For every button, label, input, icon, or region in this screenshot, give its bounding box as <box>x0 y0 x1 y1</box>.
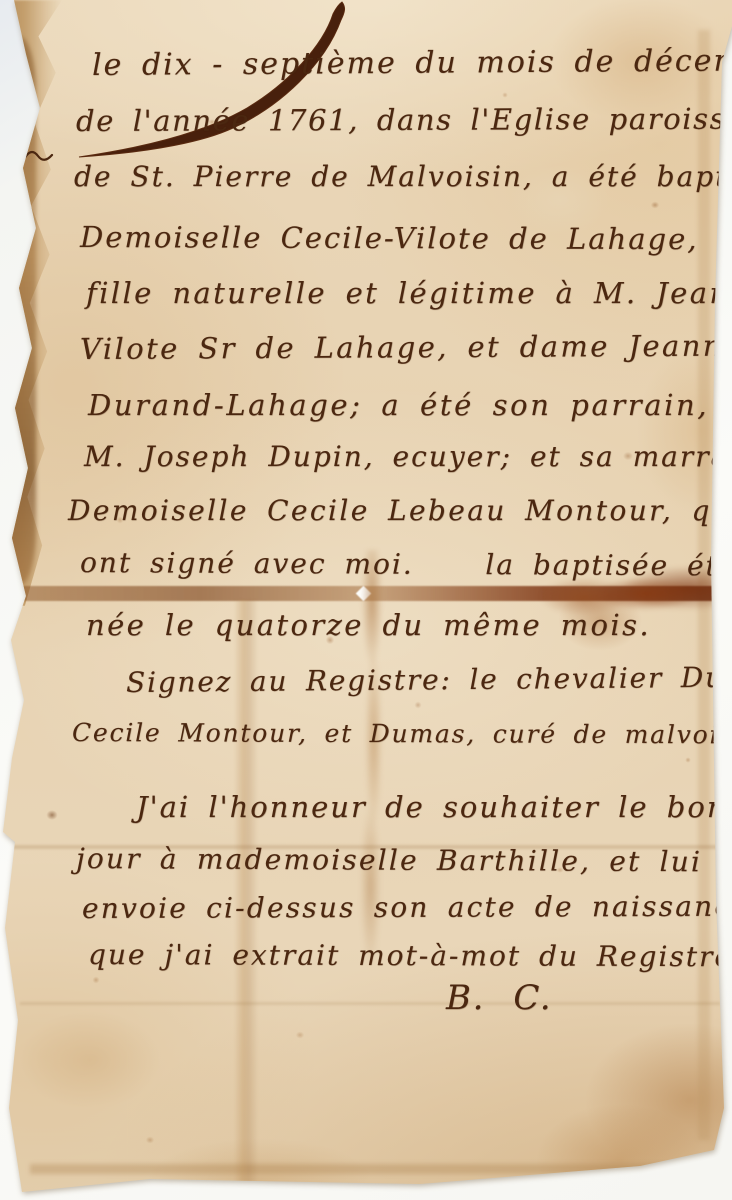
manuscript-line: Signez au Registre: le chevalier Dupin; <box>126 660 732 699</box>
signature: B. C. <box>446 978 552 1018</box>
manuscript-line: que j'ai extrait mot-à-mot du Registre. <box>88 938 732 973</box>
divider-squiggle-icon <box>0 147 54 165</box>
manuscript-line: envoie ci-dessus son acte de naissance <box>82 890 732 925</box>
manuscript-line: née le quatorze du même mois. <box>86 608 651 642</box>
manuscript-line: de St. Pierre de Malvoisin, a été baptis… <box>74 160 732 193</box>
manuscript-line: Cecile Montour, et Dumas, curé de malvoi… <box>72 718 732 749</box>
manuscript-line: Demoiselle Cecile-Vilote de Lahage, — <box>80 220 732 256</box>
manuscript-line: Durand-Lahage; a été son parrain, <box>88 388 709 422</box>
manuscript-line: Vilote Sr de Lahage, et dame Jeanne <box>80 329 732 366</box>
manuscript-text: le dix - septième du mois de décembre de… <box>0 0 732 1200</box>
manuscript-line: ont signé avec moi. la baptisée était <box>80 546 732 583</box>
manuscript-line: Demoiselle Cecile Lebeau Montour, qui <box>68 494 732 527</box>
manuscript-line: fille naturelle et légitime à M. Jean- <box>86 276 732 310</box>
manuscript-line: M. Joseph Dupin, ecuyer; et sa marraine, <box>84 440 732 473</box>
paper-sheet: le dix - septième du mois de décembre de… <box>0 0 732 1200</box>
manuscript-line: jour à mademoiselle Barthille, et lui <box>76 842 702 878</box>
scanned-document: le dix - septième du mois de décembre de… <box>0 0 732 1200</box>
edge-ink-mark <box>0 402 8 432</box>
manuscript-line: de l'année 1761, dans l'Eglise paroissia… <box>76 101 732 138</box>
manuscript-line: J'ai l'honneur de souhaiter le bon <box>136 790 728 824</box>
paper-sheet-wrap: le dix - septième du mois de décembre de… <box>0 0 732 1200</box>
manuscript-line: le dix - septième du mois de décembre <box>92 43 732 83</box>
edge-ink-mark <box>0 2 12 40</box>
